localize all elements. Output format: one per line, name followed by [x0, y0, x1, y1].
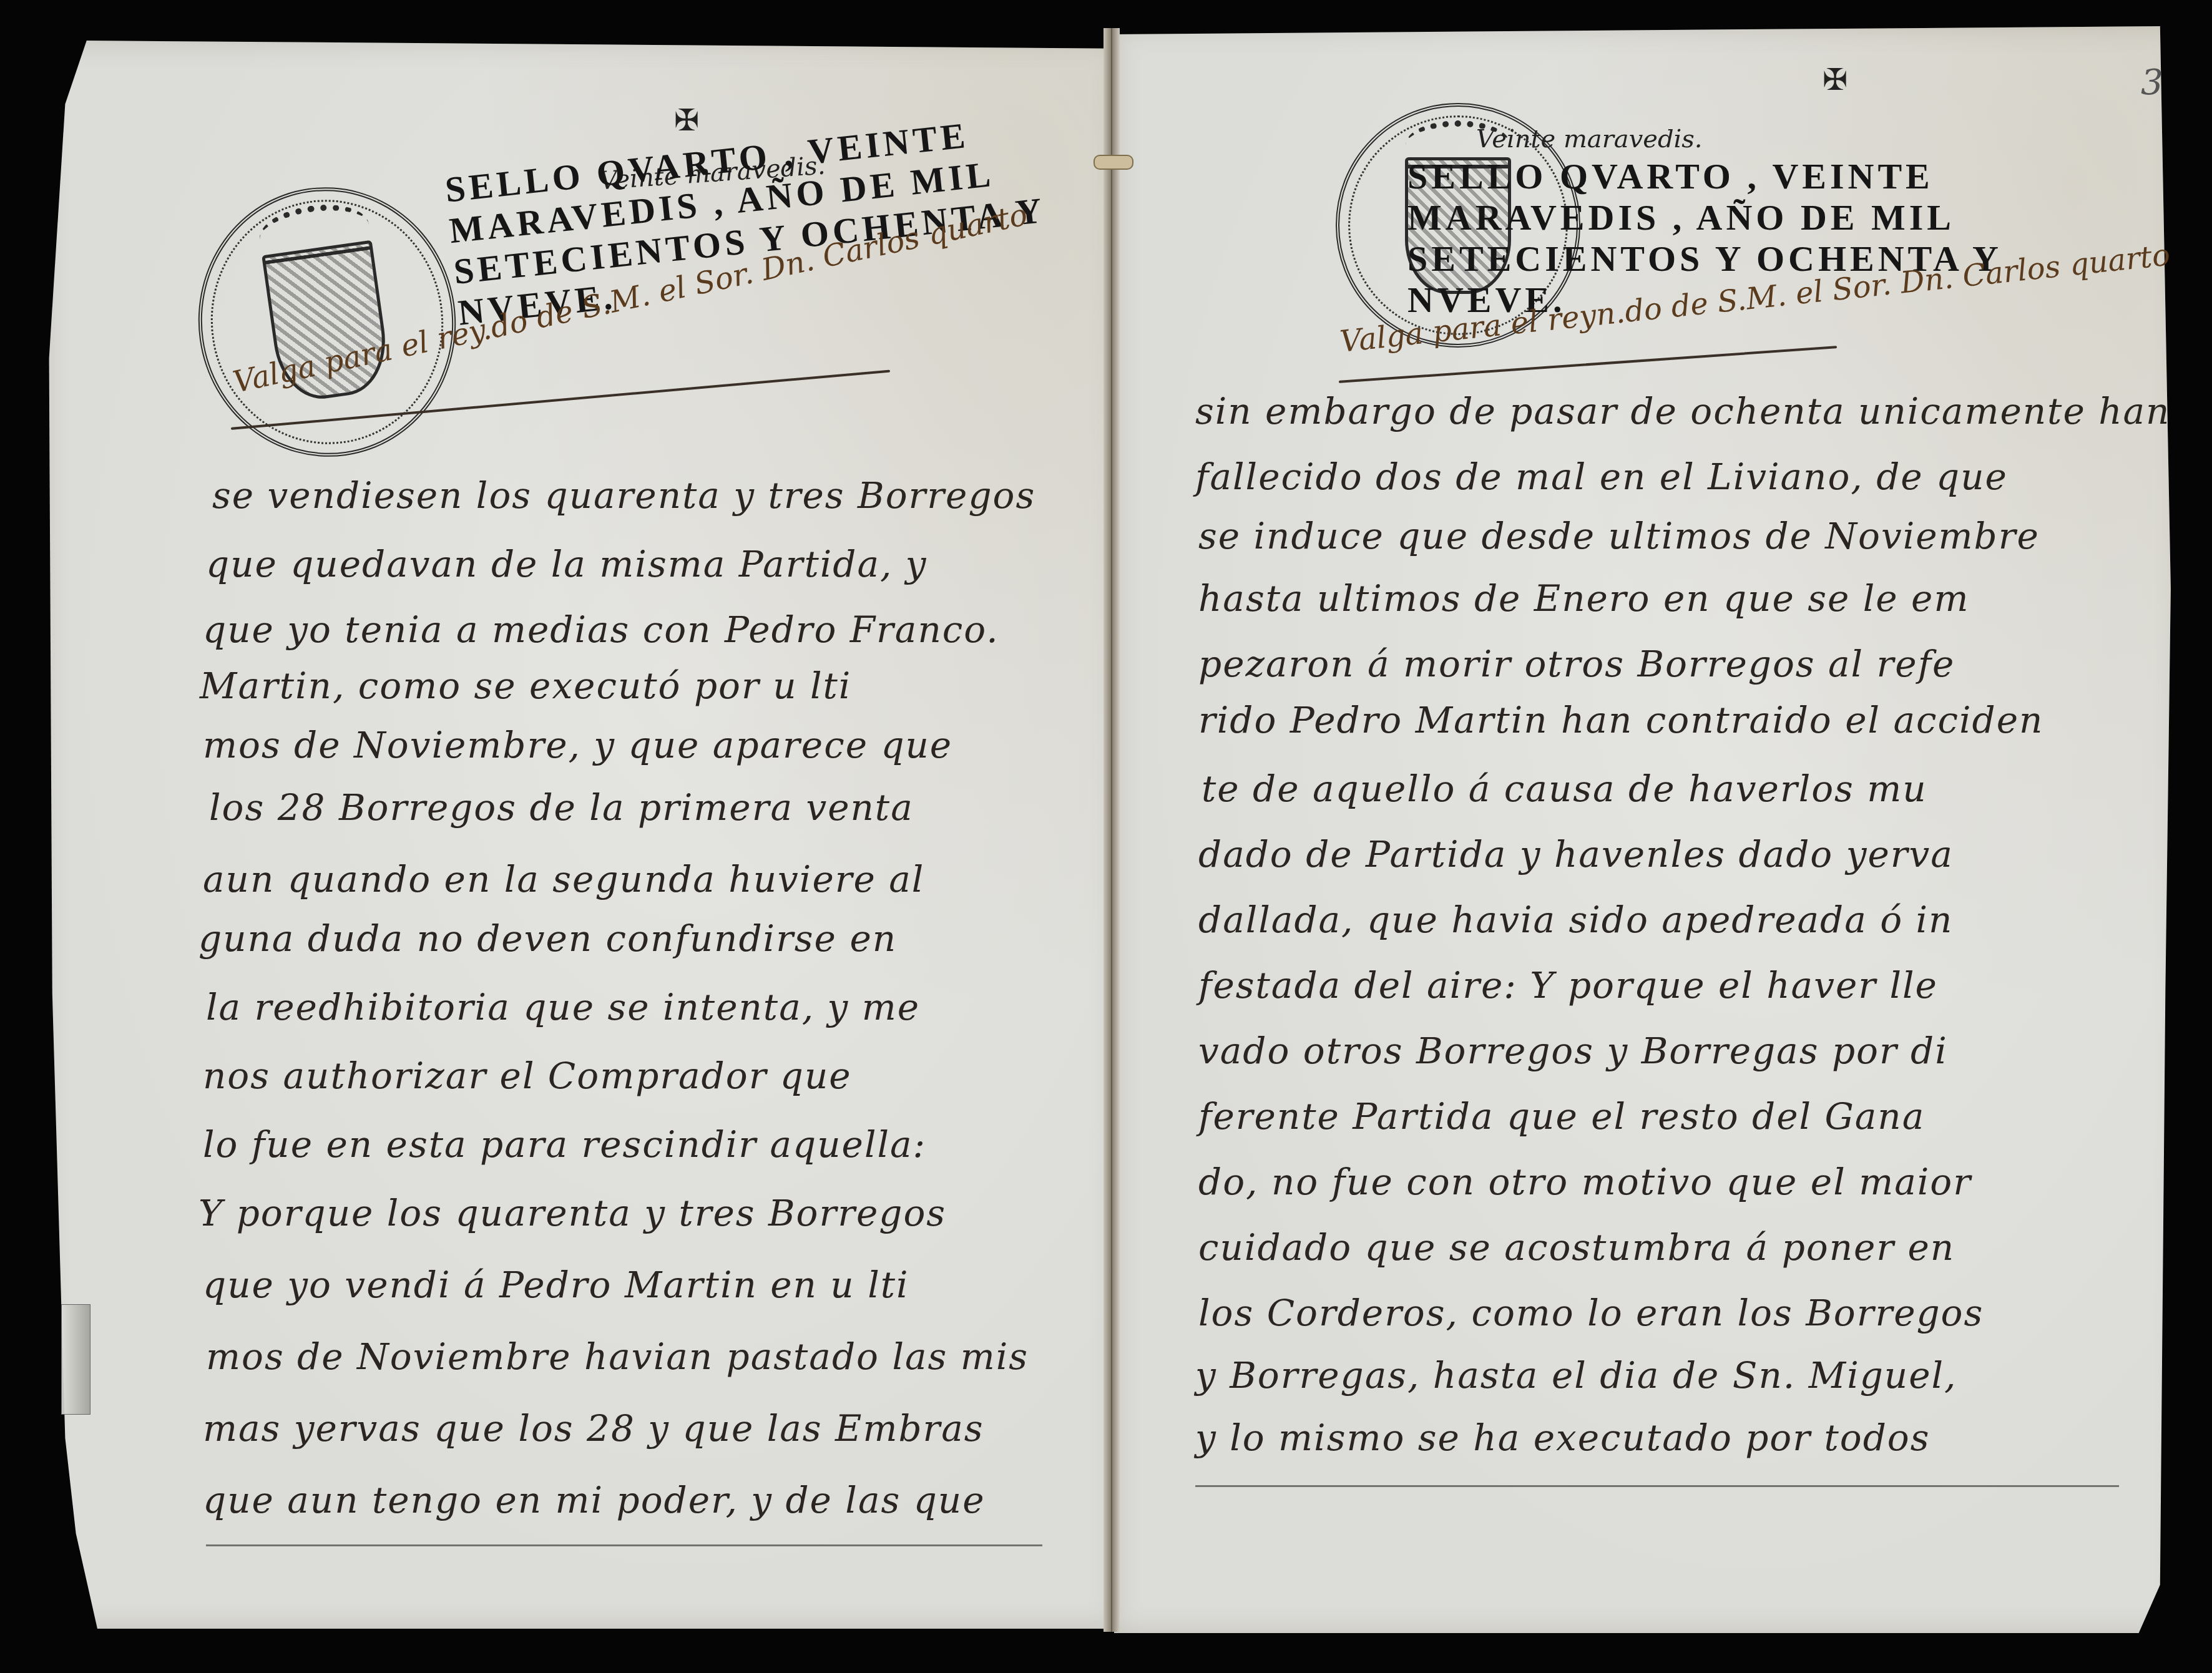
manuscript-line: aun quando en la segunda huviere al	[203, 858, 924, 900]
manuscript-line: y lo mismo se ha executado por todos	[1195, 1417, 1930, 1459]
stamp-line: MARAVEDIS , AÑO DE MIL	[1407, 197, 2002, 238]
stamp-line: SELLO QVARTO , VEINTE	[1407, 156, 2002, 197]
binding-fold	[1104, 28, 1120, 1632]
manuscript-line: mos de Noviembre, y que aparece que	[203, 724, 952, 766]
manuscript-line: que yo vendi á Pedro Martin en u lti	[203, 1264, 909, 1306]
manuscript-line: la reedhibitoria que se intenta, y me	[206, 986, 920, 1028]
manuscript-line: pezaron á morir otros Borregos al refe	[1198, 643, 1955, 685]
manuscript-line: hasta ultimos de Enero en que se le em	[1198, 577, 1969, 620]
manuscript-line: festada del aire: Y porque el haver lle	[1198, 964, 1938, 1007]
manuscript-line: dallada, que havia sido apedreada ó in	[1198, 899, 1953, 941]
manuscript-line: rido Pedro Martin han contraido el accid…	[1198, 699, 2043, 741]
manuscript-line: se vendiesen los quarenta y tres Borrego…	[212, 474, 1035, 517]
manuscript-line: los 28 Borregos de la primera venta	[209, 786, 914, 829]
closing-line	[206, 1544, 1042, 1546]
archival-tape	[61, 1304, 91, 1415]
manuscript-line: cuidado que se acostumbra á poner en	[1198, 1226, 1955, 1269]
manuscript-line: que yo tenia a medias con Pedro Franco.	[203, 608, 999, 651]
manuscript-line: Y porque los quarenta y tres Borregos	[198, 1192, 946, 1234]
manuscript-line: fallecido dos de mal en el Liviano, de q…	[1195, 456, 2008, 498]
cross-icon: ✠	[674, 103, 699, 138]
manuscript-line: guna duda no deven confundirse en	[198, 917, 897, 960]
manuscript-line: te de aquello á causa de haverlos mu	[1201, 768, 1927, 810]
manuscript-line: mas yervas que los 28 y que las Embras	[203, 1407, 984, 1450]
manuscript-line: ferente Partida que el resto del Gana	[1198, 1095, 1925, 1138]
manuscript-line: sin embargo de pasar de ochenta unicamen…	[1195, 390, 2170, 432]
manuscript-line: y Borregas, hasta el dia de Sn. Miguel,	[1195, 1354, 1957, 1397]
manuscript-line: se induce que desde ultimos de Noviembre	[1198, 515, 2040, 557]
binding-thread	[1094, 155, 1133, 170]
manuscript-line: nos authorizar el Comprador que	[203, 1055, 852, 1097]
folio-number: 3	[2141, 62, 2163, 103]
manuscript-line: lo fue en esta para rescindir aquella:	[203, 1123, 926, 1166]
manuscript-line: que aun tengo en mi poder, y de las que	[203, 1479, 986, 1521]
manuscript-line: que quedavan de la misma Partida, y	[206, 543, 927, 585]
manuscript-line: mos de Noviembre havian pastado las mis	[206, 1335, 1029, 1378]
manuscript-line: vado otros Borregos y Borregas por di	[1198, 1030, 1948, 1072]
manuscript-line: los Corderos, como lo eran los Borregos	[1198, 1292, 1984, 1334]
closing-line	[1195, 1485, 2119, 1487]
manuscript-line: Martin, como se executó por u lti	[200, 665, 851, 707]
cross-icon: ✠	[1823, 62, 1847, 97]
manuscript-line: dado de Partida y havenles dado yerva	[1198, 833, 1954, 876]
manuscript-line: do, no fue con otro motivo que el maior	[1198, 1161, 1972, 1203]
